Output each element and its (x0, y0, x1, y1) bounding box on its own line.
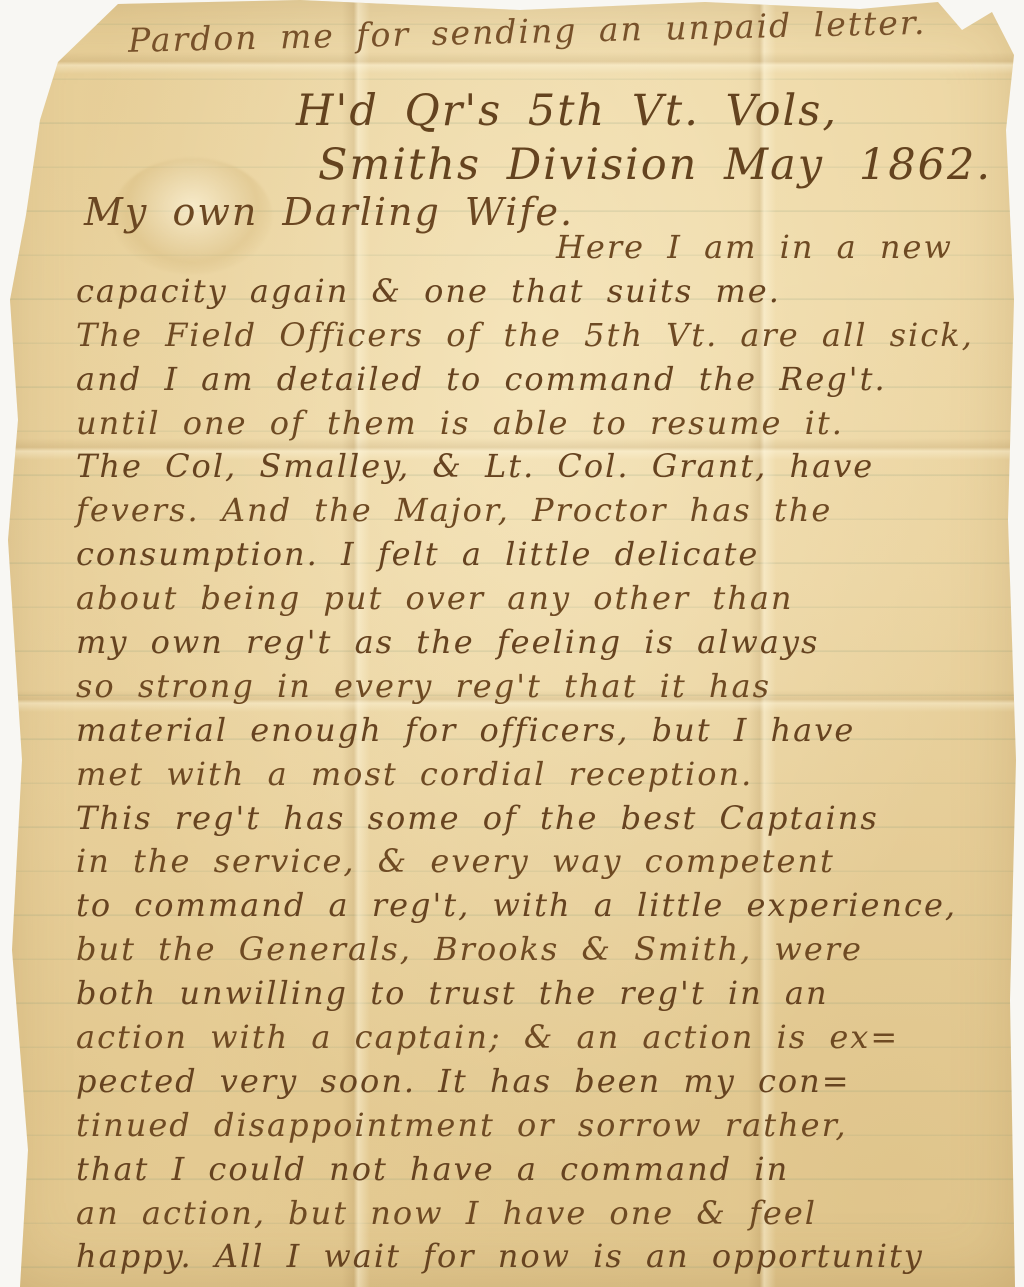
letter-line: action with a captain; & an action is ex… (76, 1016, 1006, 1060)
letter-line: capacity again & one that suits me. (76, 270, 1006, 314)
letter-line: material enough for officers, but I have (76, 709, 1006, 753)
letter-line: both unwilling to trust the reg't in an (76, 972, 1006, 1016)
letter-line: and I am detailed to command the Reg't. (76, 358, 1006, 402)
letter-paper: Pardon me for sending an unpaid letter. … (0, 0, 1024, 1287)
letter-line: to command a reg't, with a little experi… (76, 884, 1006, 928)
letter-line: until one of them is able to resume it. (76, 402, 1006, 446)
letter-line: in the service, & every way competent (76, 840, 1006, 884)
letter-line: met with a most cordial reception. (76, 753, 1006, 797)
scanned-letter-page: Pardon me for sending an unpaid letter. … (0, 0, 1024, 1287)
letter-line: consumption. I felt a little delicate (76, 533, 1006, 577)
letter-line: The Col, Smalley, & Lt. Col. Grant, have (76, 445, 1006, 489)
letter-line: pected very soon. It has been my con= (76, 1060, 1006, 1104)
letter-line: so strong in every reg't that it has (76, 665, 1006, 709)
letter-line: fevers. And the Major, Proctor has the (76, 489, 1006, 533)
letterhead-date-line: Smiths Division May 1862. (318, 140, 992, 190)
letter-line: but the Generals, Brooks & Smith, were (76, 928, 1006, 972)
letter-line: tinued disappointment or sorrow rather, (76, 1104, 1006, 1148)
division-and-month: Smiths Division May (318, 140, 824, 190)
letter-line: an action, but now I have one & feel (76, 1192, 1006, 1236)
letter-line: The Field Officers of the 5th Vt. are al… (76, 314, 1006, 358)
letter-line: Here I am in a new (76, 226, 1006, 270)
letterhead-unit-line: H'd Qr's 5th Vt. Vols, (296, 86, 838, 136)
letter-line: about being put over any other than (76, 577, 1006, 621)
letter-line: that I could not have a command in (76, 1148, 1006, 1192)
year: 1862. (859, 140, 992, 190)
letter-line: happy. All I wait for now is an opportun… (76, 1235, 1006, 1279)
letter-line: my own reg't as the feeling is always (76, 621, 1006, 665)
letter-line: This reg't has some of the best Captains (76, 797, 1006, 841)
letter-body: Here I am in a new capacity again & one … (76, 226, 1006, 1279)
